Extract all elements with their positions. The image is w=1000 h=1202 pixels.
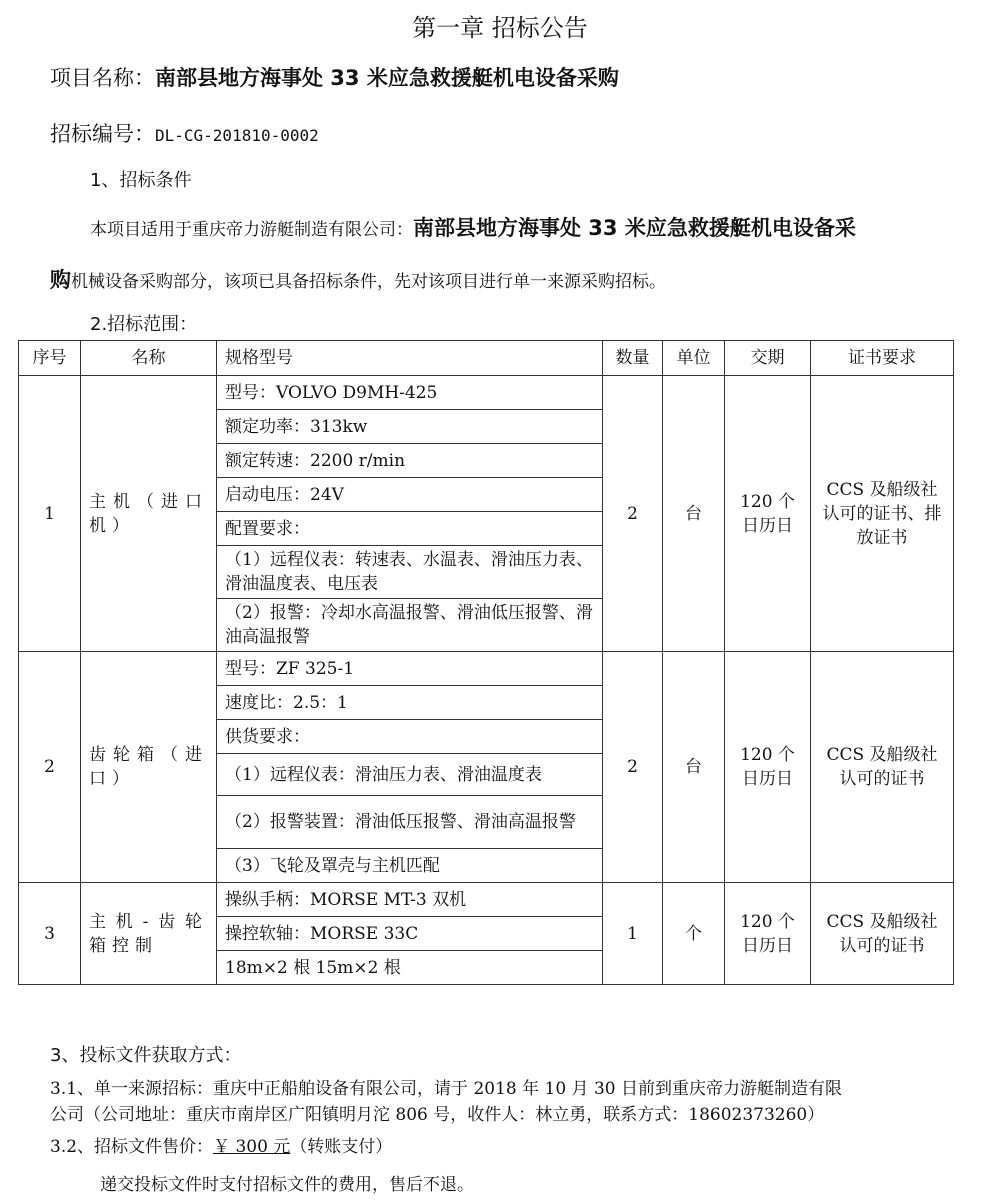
project-name-line: 项目名称：南部县地方海事处 33 米应急救援艇机电设备采购 xyxy=(50,62,619,92)
table-row: 1 主机（进口机） 型号：VOLVO D9MH-425 2 台 120 个日历日… xyxy=(19,376,954,410)
row-unit: 台 xyxy=(663,376,725,652)
row-spec: （2）报警装置：滑油低压报警、滑油高温报警 xyxy=(217,796,603,849)
price-label: 3.2、招标文件售价： xyxy=(50,1137,213,1157)
project-name: 南部县地方海事处 33 米应急救援艇机电设备采购 xyxy=(155,66,619,90)
row-spec: （2）报警：冷却水高温报警、滑油低压报警、滑油高温报警 xyxy=(217,599,603,652)
row-spec: （3）飞轮及罩壳与主机匹配 xyxy=(217,849,603,883)
row-unit: 台 xyxy=(663,652,725,883)
section1-heading: 1、招标条件 xyxy=(90,166,191,192)
row-delivery: 120 个日历日 xyxy=(725,652,811,883)
row-spec: 速度比：2.5：1 xyxy=(217,686,603,720)
header-cert: 证书要求 xyxy=(811,341,954,376)
row-cert: CCS 及船级社认可的证书 xyxy=(811,883,954,985)
section3-item1-line1: 3.1、单一来源招标：重庆中正船舶设备有限公司，请于 2018 年 10 月 3… xyxy=(50,1074,842,1099)
bid-number-label: 招标编号： xyxy=(50,122,155,146)
row-spec: 操纵手柄：MORSE MT-3 双机 xyxy=(217,883,603,917)
section1-text-suffix: 机械设备采购部分，该项已具备招标条件，先对该项目进行单一来源采购招标。 xyxy=(71,272,666,292)
row-spec: 配置要求： xyxy=(217,512,603,546)
row-name: 主机-齿轮箱控制 xyxy=(81,883,217,985)
section3-item1-line2: 公司（公司地址：重庆市南岸区广阳镇明月沱 806 号，收件人：林立勇，联系方式：… xyxy=(50,1100,824,1125)
row-name: 主机（进口机） xyxy=(81,376,217,652)
chapter-title: 第一章 招标公告 xyxy=(0,8,1000,43)
project-name-label: 项目名称： xyxy=(50,66,155,90)
header-delivery: 交期 xyxy=(725,341,811,376)
row-delivery: 120 个日历日 xyxy=(725,883,811,985)
row-spec: （1）远程仪表：滑油压力表、滑油温度表 xyxy=(217,754,603,796)
section3-note: 递交投标文件时支付招标文件的费用，售后不退。 xyxy=(100,1170,474,1195)
row-spec: 18m×2 根 15m×2 根 xyxy=(217,951,603,985)
section1-text-bold2: 购 xyxy=(50,268,71,292)
row-cert: CCS 及船级社认可的证书 xyxy=(811,652,954,883)
row-qty: 2 xyxy=(603,652,663,883)
section3-item2: 3.2、招标文件售价：￥ 300 元（转账支付） xyxy=(50,1132,392,1157)
row-no: 3 xyxy=(19,883,81,985)
row-spec: 型号：VOLVO D9MH-425 xyxy=(217,376,603,410)
row-spec: 供货要求： xyxy=(217,720,603,754)
section2-heading: 2.招标范围： xyxy=(90,310,197,336)
row-cert: CCS 及船级社认可的证书、排放证书 xyxy=(811,376,954,652)
header-unit: 单位 xyxy=(663,341,725,376)
table-row: 2 齿轮箱（进口） 型号：ZF 325-1 2 台 120 个日历日 CCS 及… xyxy=(19,652,954,686)
bid-number: DL-CG-201810-0002 xyxy=(155,126,319,145)
bid-number-line: 招标编号：DL-CG-201810-0002 xyxy=(50,118,319,148)
row-unit: 个 xyxy=(663,883,725,985)
section1-text-prefix: 本项目适用于重庆帝力游艇制造有限公司： xyxy=(90,220,413,240)
row-spec: 额定功率：313kw xyxy=(217,410,603,444)
table-header-row: 序号 名称 规格型号 数量 单位 交期 证书要求 xyxy=(19,341,954,376)
table-row: 3 主机-齿轮箱控制 操纵手柄：MORSE MT-3 双机 1 个 120 个日… xyxy=(19,883,954,917)
row-no: 2 xyxy=(19,652,81,883)
section1-text-line1: 本项目适用于重庆帝力游艇制造有限公司：南部县地方海事处 33 米应急救援艇机电设… xyxy=(90,212,856,242)
row-spec: 额定转速：2200 r/min xyxy=(217,444,603,478)
row-delivery: 120 个日历日 xyxy=(725,376,811,652)
section1-text-bold: 南部县地方海事处 33 米应急救援艇机电设备采 xyxy=(413,216,856,240)
row-qty: 1 xyxy=(603,883,663,985)
payment-method: （转账支付） xyxy=(290,1137,392,1157)
price-value: ￥ 300 元 xyxy=(213,1137,290,1157)
header-qty: 数量 xyxy=(603,341,663,376)
row-spec: 启动电压：24V xyxy=(217,478,603,512)
procurement-table: 序号 名称 规格型号 数量 单位 交期 证书要求 1 主机（进口机） 型号：VO… xyxy=(18,340,954,985)
row-spec: 型号：ZF 325-1 xyxy=(217,652,603,686)
row-no: 1 xyxy=(19,376,81,652)
header-spec: 规格型号 xyxy=(217,341,603,376)
row-name: 齿轮箱（进口） xyxy=(81,652,217,883)
section1-text-line2: 购机械设备采购部分，该项已具备招标条件，先对该项目进行单一来源采购招标。 xyxy=(50,264,666,294)
row-spec: （1）远程仪表：转速表、水温表、滑油压力表、滑油温度表、电压表 xyxy=(217,546,603,599)
header-name: 名称 xyxy=(81,341,217,376)
header-no: 序号 xyxy=(19,341,81,376)
section3-heading: 3、投标文件获取方式： xyxy=(50,1041,241,1067)
row-qty: 2 xyxy=(603,376,663,652)
row-spec: 操控软轴：MORSE 33C xyxy=(217,917,603,951)
